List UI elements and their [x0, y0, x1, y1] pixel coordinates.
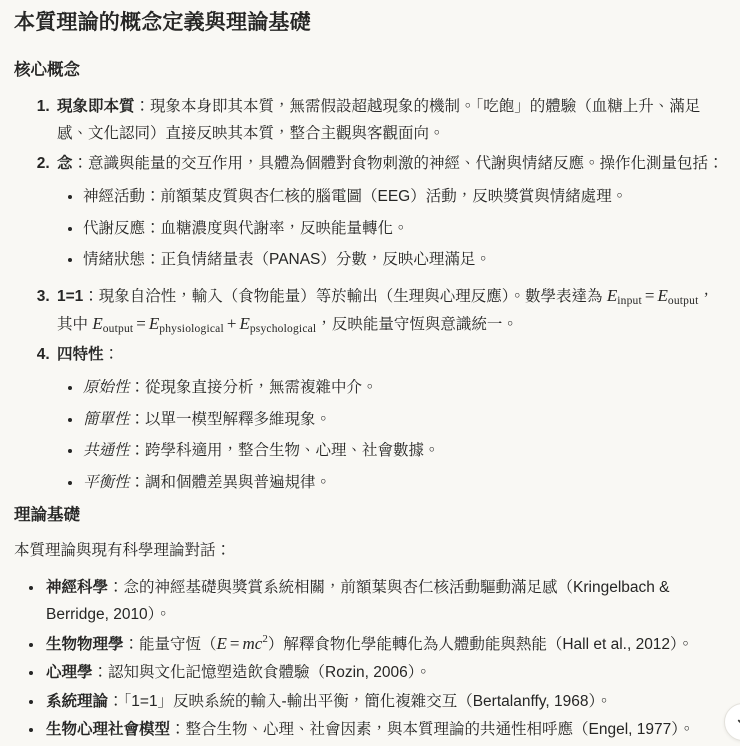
page-title: 本質理論的概念定義與理論基礎	[14, 9, 728, 36]
text-run: ：	[104, 346, 120, 363]
text-run: 神經活動：前額葉皮質與杏仁核的腦電圖（EEG）活動，反映獎賞與情緒處理。	[83, 188, 627, 205]
math-variable: mc	[243, 634, 263, 653]
list-item: 現象即本質：現象本身即其本質，無需假設超越現象的機制。「吃飽」的體驗（血糖上升、…	[54, 93, 728, 148]
list-item: 生物心理社會模型：整合生物、心理、社會因素，與本質理論的共通性相呼應（Engel…	[44, 716, 728, 744]
chevron-down-icon	[736, 715, 740, 730]
math-subscript: psychological	[250, 323, 316, 335]
document-page: 本質理論的概念定義與理論基礎 核心概念現象即本質：現象本身即其本質，無需假設超越…	[0, 0, 740, 744]
math-subscript: input	[617, 295, 642, 307]
math-expression: Einput=Eoutput	[607, 286, 699, 305]
section-heading-theoretical-basis: 理論基礎	[14, 504, 728, 526]
term-bold: 生物物理學	[46, 636, 124, 653]
nested-list: 神經活動：前額葉皮質與杏仁核的腦電圖（EEG）活動，反映獎賞與情緒處理。代謝反應…	[57, 183, 728, 274]
term-bold: 1=1	[57, 288, 83, 305]
list-item: 念：意識與能量的交互作用，具體為個體對食物刺激的神經、代謝與情緒反應。操作化測量…	[54, 150, 728, 274]
text-run: 情緒狀態：正負情緒量表（PANAS）分數，反映心理滿足。	[83, 251, 491, 268]
nested-list-item: 情緒狀態：正負情緒量表（PANAS）分數，反映心理滿足。	[83, 246, 728, 274]
text-run: ：現象自洽性，輸入（食物能量）等於輸出（生理與心理反應）。數學表達為	[83, 288, 607, 305]
text-run: ：調和個體差異與普遍規律。	[130, 474, 332, 491]
math-variable: E	[657, 286, 667, 305]
term-italic: 簡單性	[83, 411, 130, 428]
math-variable: E	[217, 634, 227, 653]
text-run: ）解釋食物化學能轉化為人體動能與熱能（Hall et al., 2012）。	[268, 636, 693, 653]
nested-list-item: 原始性：從現象直接分析，無需複雜中介。	[83, 374, 728, 402]
term-bold: 心理學	[46, 664, 93, 681]
math-subscript: output	[668, 295, 699, 307]
math-variable: E	[92, 314, 102, 333]
text-run: ：從現象直接分析，無需複雜中介。	[130, 379, 378, 396]
term-bold: 四特性	[57, 346, 104, 363]
text-run: ：念的神經基礎與獎賞系統相關，前額葉與杏仁核活動驅動滿足感（Kringelbac…	[46, 579, 670, 624]
nested-list-item: 平衡性：調和個體差異與普遍規律。	[83, 469, 728, 497]
math-variable: E	[239, 314, 249, 333]
text-run: ，反映能量守恆與意識統一。	[316, 316, 518, 333]
math-operator: =	[642, 286, 658, 305]
section-heading-core-concepts: 核心概念	[14, 59, 728, 81]
text-run: ：現象本身即其本質，無需假設超越現象的機制。「吃飽」的體驗（血糖上升、滿足感、文…	[57, 98, 700, 143]
math-operator: =	[227, 634, 243, 653]
term-bold: 念	[57, 155, 73, 172]
math-operator: =	[133, 314, 149, 333]
nested-list: 原始性：從現象直接分析，無需複雜中介。簡單性：以單一模型解釋多維現象。共通性：跨…	[57, 374, 728, 496]
list-item: 四特性：原始性：從現象直接分析，無需複雜中介。簡單性：以單一模型解釋多維現象。共…	[54, 341, 728, 497]
math-expression: E=mc2	[217, 634, 268, 653]
term-bold: 現象即本質	[57, 98, 135, 115]
text-run: ：認知與文化記憶塑造飲食體驗（Rozin, 2006）。	[93, 664, 431, 681]
math-operator: +	[224, 314, 240, 333]
section-list-theoretical-basis: 神經科學：念的神經基礎與獎賞系統相關，前額葉與杏仁核活動驅動滿足感（Kringe…	[14, 574, 728, 744]
section-list-core-concepts: 現象即本質：現象本身即其本質，無需假設超越現象的機制。「吃飽」的體驗（血糖上升、…	[14, 93, 728, 497]
list-item: 1=1：現象自洽性，輸入（食物能量）等於輸出（生理與心理反應）。數學表達為 Ei…	[54, 282, 728, 339]
list-item: 生物物理學：能量守恆（E=mc2）解釋食物化學能轉化為人體動能與熱能（Hall …	[44, 630, 728, 659]
document-body: 核心概念現象即本質：現象本身即其本質，無需假設超越現象的機制。「吃飽」的體驗（血…	[14, 59, 728, 744]
list-item: 神經科學：念的神經基礎與獎賞系統相關，前額葉與杏仁核活動驅動滿足感（Kringe…	[44, 574, 728, 629]
term-bold: 系統理論	[46, 693, 108, 710]
term-italic: 共通性	[83, 442, 130, 459]
text-run: ：以單一模型解釋多維現象。	[130, 411, 332, 428]
list-item: 心理學：認知與文化記憶塑造飲食體驗（Rozin, 2006）。	[44, 659, 728, 687]
term-bold: 生物心理社會模型	[46, 721, 170, 738]
nested-list-item: 簡單性：以單一模型解釋多維現象。	[83, 406, 728, 434]
math-subscript: output	[103, 323, 134, 335]
list-item: 系統理論：「1=1」反映系統的輸入-輸出平衡，簡化複雜交互（Bertalanff…	[44, 688, 728, 716]
math-subscript: physiological	[159, 323, 224, 335]
text-run: 代謝反應：血糖濃度與代謝率，反映能量轉化。	[83, 220, 409, 237]
term-italic: 原始性	[83, 379, 130, 396]
text-run: ：能量守恆（	[124, 636, 217, 653]
nested-list-item: 代謝反應：血糖濃度與代謝率，反映能量轉化。	[83, 215, 728, 243]
nested-list-item: 神經活動：前額葉皮質與杏仁核的腦電圖（EEG）活動，反映獎賞與情緒處理。	[83, 183, 728, 211]
math-expression: Eoutput=Ephysiological+Epsychological	[92, 314, 316, 333]
term-italic: 平衡性	[83, 474, 130, 491]
math-variable: E	[149, 314, 159, 333]
section-intro: 本質理論與現有科學理論對話：	[14, 537, 728, 565]
text-run: ：意識與能量的交互作用，具體為個體對食物刺激的神經、代謝與情緒反應。操作化測量包…	[73, 155, 724, 172]
chat-response-view: { "theme": { "background": "#f9f8f4", "t…	[0, 0, 740, 746]
text-run: ：整合生物、心理、社會因素，與本質理論的共通性相呼應（Engel, 1977）。	[170, 721, 695, 738]
term-bold: 神經科學	[46, 579, 108, 596]
math-variable: E	[607, 286, 617, 305]
text-run: ：跨學科適用，整合生物、心理、社會數據。	[130, 442, 440, 459]
text-run: ：「1=1」反映系統的輸入-輸出平衡，簡化複雜交互（Bertalanffy, 1…	[108, 693, 612, 710]
nested-list-item: 共通性：跨學科適用，整合生物、心理、社會數據。	[83, 437, 728, 465]
